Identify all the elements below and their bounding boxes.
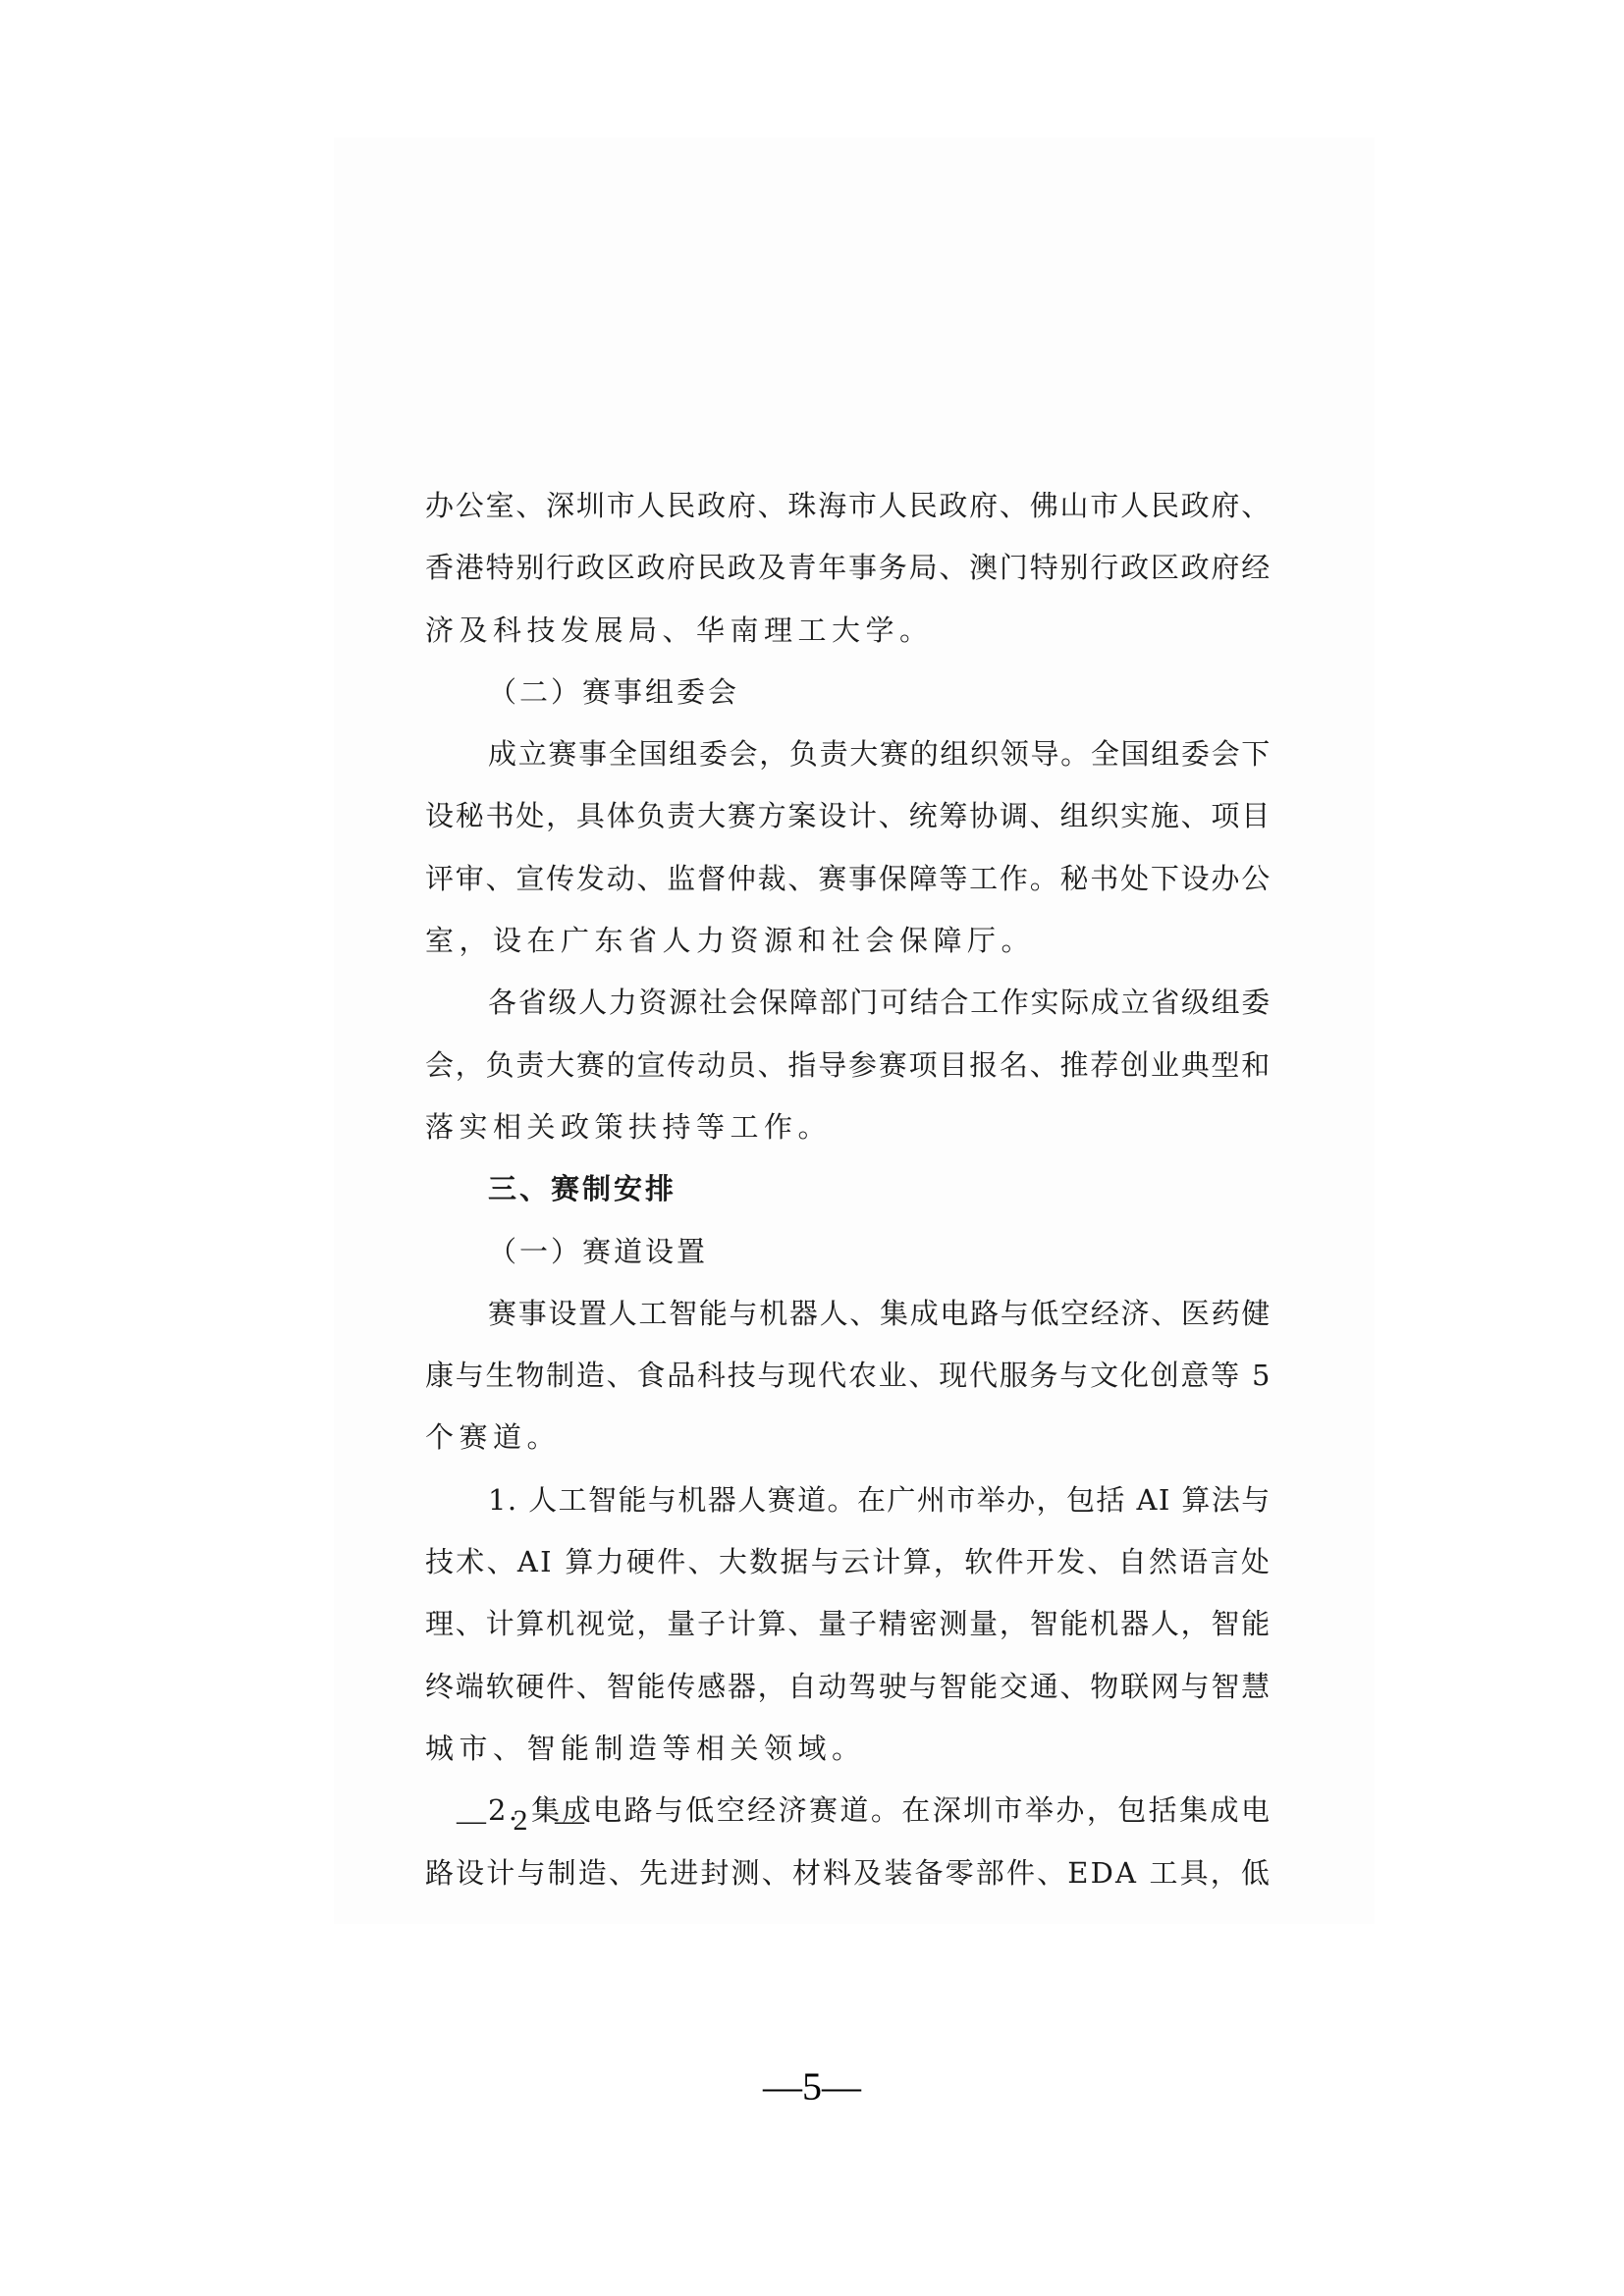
body-text-line: 技术、AI 算力硬件、大数据与云计算，软件开发、自然语言处: [425, 1531, 1272, 1593]
document-body: 办公室、深圳市人民政府、珠海市人民政府、佛山市人民政府、香港特别行政区政府民政及…: [425, 475, 1272, 1904]
body-text-line: 康与生物制造、食品科技与现代农业、现代服务与文化创意等 5: [425, 1345, 1272, 1407]
section-subheading: （二）赛事组委会: [425, 662, 1272, 723]
section-subheading: （一）赛道设置: [425, 1221, 1272, 1283]
body-text-line: 1. 人工智能与机器人赛道。在广州市举办，包括 AI 算法与: [425, 1469, 1272, 1531]
body-text-line: 个赛道。: [425, 1407, 1272, 1468]
inner-page-number: — 2 —: [457, 1804, 594, 1838]
body-text-line: 济及科技发展局、华南理工大学。: [425, 600, 1272, 662]
body-text-line: 理、计算机视觉，量子计算、量子精密测量，智能机器人，智能: [425, 1593, 1272, 1655]
body-text-line: 赛事设置人工智能与机器人、集成电路与低空经济、医药健: [425, 1283, 1272, 1345]
body-text-line: 终端软硬件、智能传感器，自动驾驶与智能交通、物联网与智慧: [425, 1656, 1272, 1718]
outer-page-number: —5—: [0, 2063, 1624, 2109]
document-page: 办公室、深圳市人民政府、珠海市人民政府、佛山市人民政府、香港特别行政区政府民政及…: [0, 0, 1624, 2296]
body-text-line: 室，设在广东省人力资源和社会保障厅。: [425, 910, 1272, 972]
body-text-line: 路设计与制造、先进封测、材料及装备零部件、EDA 工具，低: [425, 1842, 1272, 1904]
body-text-line: 香港特别行政区政府民政及青年事务局、澳门特别行政区政府经: [425, 537, 1272, 599]
body-text-line: 办公室、深圳市人民政府、珠海市人民政府、佛山市人民政府、: [425, 475, 1272, 537]
body-text-line: 会，负责大赛的宣传动员、指导参赛项目报名、推荐创业典型和: [425, 1035, 1272, 1096]
section-heading: 三、赛制安排: [425, 1158, 1272, 1220]
body-text-line: 评审、宣传发动、监督仲裁、赛事保障等工作。秘书处下设办公: [425, 848, 1272, 910]
body-text-line: 城市、智能制造等相关领域。: [425, 1718, 1272, 1780]
body-text-line: 设秘书处，具体负责大赛方案设计、统筹协调、组织实施、项目: [425, 785, 1272, 847]
body-text-line: 各省级人力资源社会保障部门可结合工作实际成立省级组委: [425, 972, 1272, 1034]
body-text-line: 落实相关政策扶持等工作。: [425, 1096, 1272, 1158]
body-text-line: 成立赛事全国组委会，负责大赛的组织领导。全国组委会下: [425, 723, 1272, 785]
